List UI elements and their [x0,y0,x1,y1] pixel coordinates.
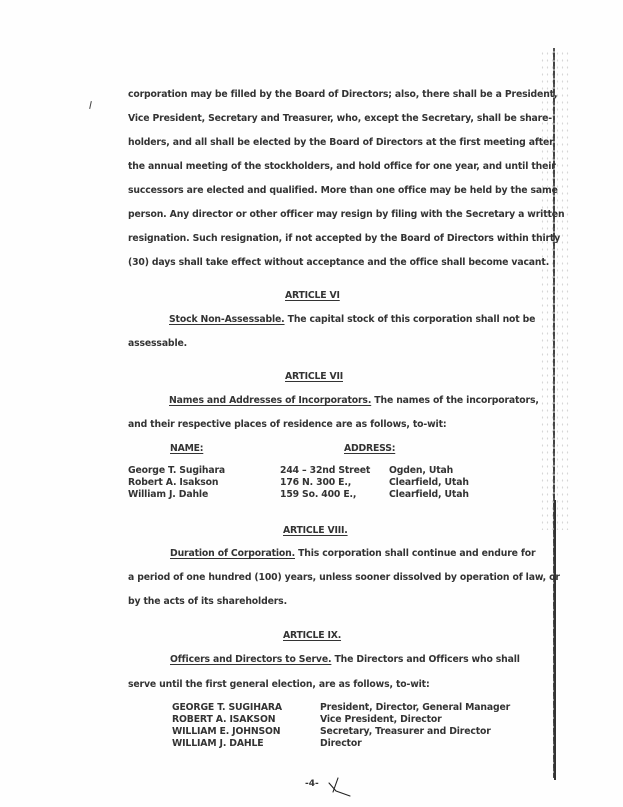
incorporator-cities: Ogden, Utah Clearfield, Utah Clearfield,… [389,465,469,501]
body-line: successors are elected and qualified. Mo… [128,185,558,196]
article-9-line-1: Officers and Directors to Serve. The Dir… [170,654,520,665]
body-line: holders, and all shall be elected by the… [128,137,554,148]
officer-names: GEORGE T. SUGIHARA ROBERT A. ISAKSON WIL… [172,702,282,750]
incorporator-name: George T. Sugihara [128,465,225,477]
address-column-header: ADDRESS: [344,443,395,454]
incorporator-city: Clearfield, Utah [389,489,469,501]
officer-role: Vice President, Director [320,714,510,726]
incorporator-street: 159 So. 400 E., [280,489,370,501]
incorporator-city: Ogden, Utah [389,465,469,477]
incorporator-city: Clearfield, Utah [389,477,469,489]
article-6-title: Stock Non-Assessable. [169,314,285,325]
scan-binding-edge-lower [554,500,556,780]
article-8-line-2: a period of one hundred (100) years, unl… [128,572,560,583]
article-6-line-1: Stock Non-Assessable. The capital stock … [169,314,535,325]
officer-name: GEORGE T. SUGIHARA [172,702,282,714]
article-8-line-1: Duration of Corporation. This corporatio… [170,548,535,559]
article-7-heading: ARTICLE VII [285,371,343,382]
incorporator-name: Robert A. Isakson [128,477,225,489]
handwritten-check-mark-icon [326,775,354,797]
name-column-header: NAME: [170,443,203,454]
article-6-heading: ARTICLE VI [285,290,340,301]
incorporator-street: 244 – 32nd Street [280,465,370,477]
article-7-title: Names and Addresses of Incorporators. [169,395,371,406]
document-page: corporation may be filled by the Board o… [0,0,623,807]
officer-role: President, Director, General Manager [320,702,510,714]
incorporator-streets: 244 – 32nd Street 176 N. 300 E., 159 So.… [280,465,370,501]
article-7-line-1: Names and Addresses of Incorporators. Th… [169,395,539,406]
article-8-line-3: by the acts of its shareholders. [128,596,287,607]
article-6-text: The capital stock of this corporation sh… [285,314,536,325]
article-8-heading: ARTICLE VIII. [283,525,348,536]
body-line: the annual meeting of the stockholders, … [128,161,556,172]
article-9-line-2: serve until the first general election, … [128,679,430,690]
article-7-line-2: and their respective places of residence… [128,419,446,430]
incorporator-name: William J. Dahle [128,489,225,501]
stray-mark [89,101,92,109]
article-9-heading: ARTICLE IX. [283,630,341,641]
page-number: -4- [305,779,319,789]
article-6-line-2: assessable. [128,338,187,349]
body-line: corporation may be filled by the Board o… [128,89,557,100]
officer-name: WILLIAM J. DAHLE [172,738,282,750]
article-9-title: Officers and Directors to Serve. [170,654,331,665]
article-8-title: Duration of Corporation. [170,548,295,559]
article-7-text: The names of the incorporators, [371,395,539,406]
officer-role: Secretary, Treasurer and Director [320,726,510,738]
body-line: Vice President, Secretary and Treasurer,… [128,113,552,124]
officer-name: WILLIAM E. JOHNSON [172,726,282,738]
body-line: resignation. Such resignation, if not ac… [128,233,560,244]
officer-role: Director [320,738,510,750]
incorporator-street: 176 N. 300 E., [280,477,370,489]
body-line: person. Any director or other officer ma… [128,209,564,220]
article-9-text: The Directors and Officers who shall [331,654,519,665]
officer-roles: President, Director, General Manager Vic… [320,702,510,750]
officer-name: ROBERT A. ISAKSON [172,714,282,726]
article-8-text: This corporation shall continue and endu… [295,548,535,559]
incorporator-names: George T. Sugihara Robert A. Isakson Wil… [128,465,225,501]
body-line: (30) days shall take effect without acce… [128,257,549,268]
